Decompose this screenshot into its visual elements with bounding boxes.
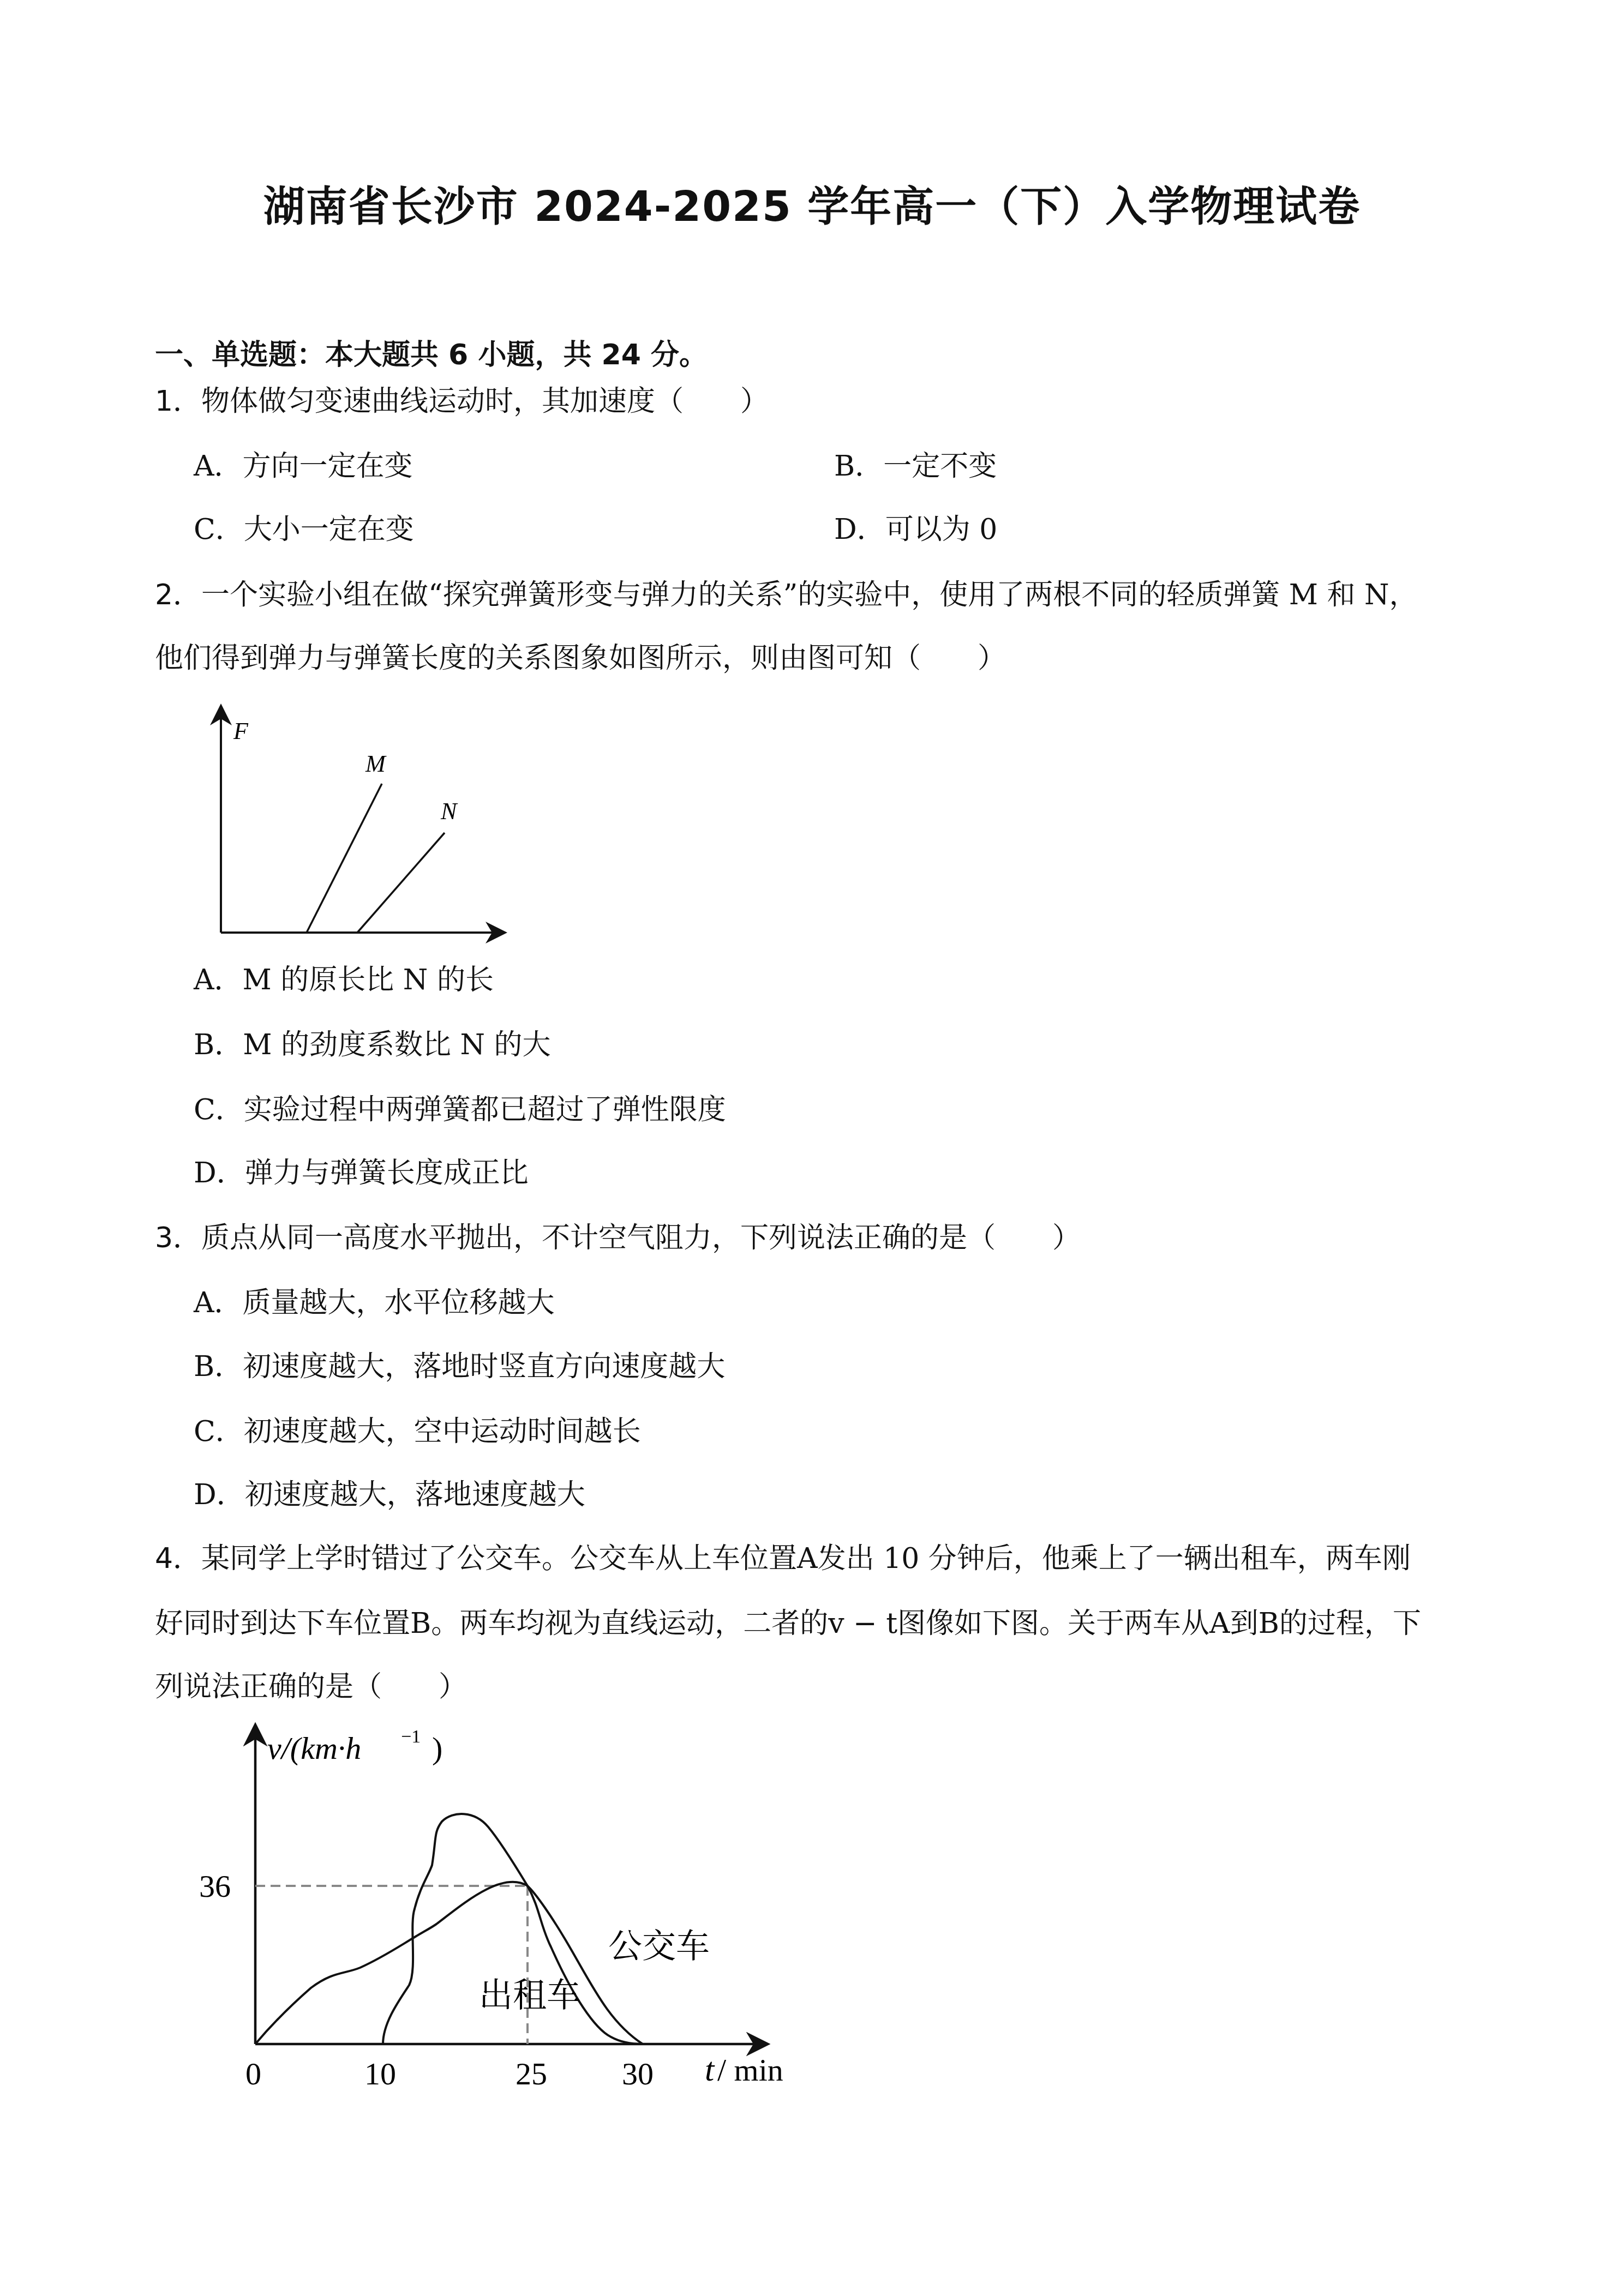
option-d[interactable]: D．弹力与弹簧长度成正比: [194, 1157, 529, 1189]
v-axis-label: v/(km·h: [267, 1730, 361, 1766]
question-number: 2．: [155, 579, 201, 611]
question-number: 3．: [155, 1222, 201, 1254]
line-m: [307, 784, 382, 933]
bus-curve: [255, 1882, 643, 2044]
option-label: D．: [194, 1157, 245, 1189]
option-a[interactable]: A．M 的原长比 N 的长: [194, 964, 494, 996]
spring-force-length-graph: F M N O l 1 l 2 l: [180, 698, 535, 943]
page-title: 湖南省长沙市 2024-2025 学年高一（下）入学物理试卷: [0, 173, 1624, 233]
x-tick-30: 30: [622, 2056, 654, 2091]
f-axis-label: F: [233, 718, 249, 744]
question-3: 3．质点从同一高度水平抛出，不计空气阻力，下列说法正确的是（ ）: [155, 1222, 1081, 1254]
question-2: 2．一个实验小组在做“探究弹簧形变与弹力的关系”的实验中，使用了两根不同的轻质弹…: [155, 579, 1418, 611]
taxi-label: 出租车: [479, 1978, 580, 2015]
option-b[interactable]: B．一定不变: [834, 450, 997, 483]
option-a[interactable]: A．质量越大，水平位移越大: [194, 1287, 555, 1319]
option-text: 大小一定在变: [244, 513, 414, 546]
option-text: M 的劲度系数比 N 的大: [243, 1029, 550, 1061]
option-text: 可以为 0: [885, 513, 998, 546]
option-b[interactable]: B．M 的劲度系数比 N 的大: [194, 1029, 551, 1061]
option-a[interactable]: A．方向一定在变: [194, 450, 413, 483]
v-axis-paren: ): [432, 1730, 442, 1766]
question-text: 一个实验小组在做“探究弹簧形变与弹力的关系”的实验中，使用了两根不同的轻质弹簧 …: [201, 579, 1418, 611]
x-tick-10: 10: [364, 2056, 396, 2091]
question-text: 物体做匀变速曲线运动时，其加速度（ ）: [201, 385, 769, 418]
option-text: 初速度越大，空中运动时间越长: [244, 1415, 641, 1448]
question-4-line-3: 列说法正确的是（ ）: [155, 1670, 467, 1703]
m-label: M: [365, 750, 387, 777]
option-text: 一定不变: [883, 450, 997, 483]
option-label: C．: [194, 1093, 244, 1126]
section-header: 一、单选题：本大题共 6 小题，共 24 分。: [155, 332, 708, 372]
question-number: 1．: [155, 385, 201, 418]
option-label: A．: [194, 1287, 243, 1319]
option-label: C．: [194, 1415, 244, 1448]
option-label: B．: [194, 1029, 243, 1061]
question-2-line-2: 他们得到弹力与弹簧长度的关系图象如图所示，则由图可知（ ）: [155, 642, 1006, 675]
x-tick-0: 0: [245, 2056, 261, 2091]
question-number: 4．: [155, 1542, 201, 1575]
option-text: M 的原长比 N 的长: [243, 964, 494, 996]
option-d[interactable]: D．可以为 0: [834, 513, 997, 546]
question-text: 质点从同一高度水平抛出，不计空气阻力，下列说法正确的是（ ）: [201, 1222, 1081, 1254]
option-text: 初速度越大，落地时竖直方向速度越大: [243, 1350, 725, 1383]
option-label: D．: [834, 513, 885, 546]
option-text: 实验过程中两弹簧都已超过了弹性限度: [244, 1093, 726, 1126]
velocity-time-graph: v/(km·h −1 ) 36 0 10 25 30 t / min 公交车 出…: [180, 1718, 835, 2116]
n-label: N: [440, 798, 458, 825]
option-c[interactable]: C．大小一定在变: [194, 513, 414, 546]
question-4-line-2: 好同时到达下车位置B。两车均视为直线运动，二者的v − t图像如下图。关于两车从…: [155, 1607, 1421, 1640]
line-n: [357, 833, 445, 933]
option-label: D．: [194, 1478, 245, 1511]
v-axis-superscript: −1: [401, 1727, 421, 1747]
option-text: 初速度越大，落地速度越大: [245, 1478, 585, 1511]
option-label: C．: [194, 513, 244, 546]
option-label: A．: [194, 964, 243, 996]
t-axis-unit: / min: [717, 2052, 783, 2088]
option-d[interactable]: D．初速度越大，落地速度越大: [194, 1478, 585, 1511]
option-c[interactable]: C．初速度越大，空中运动时间越长: [194, 1415, 641, 1448]
option-label: B．: [194, 1350, 243, 1383]
question-4: 4．某同学上学时错过了公交车。公交车从上车位置A发出 10 分钟后，他乘上了一辆…: [155, 1542, 1411, 1575]
option-label: A．: [194, 450, 243, 483]
option-c[interactable]: C．实验过程中两弹簧都已超过了弹性限度: [194, 1093, 726, 1126]
t-axis-label: t: [705, 2051, 715, 2088]
question-text: 某同学上学时错过了公交车。公交车从上车位置A发出 10 分钟后，他乘上了一辆出租…: [201, 1542, 1411, 1575]
x-tick-25: 25: [516, 2056, 547, 2091]
option-label: B．: [834, 450, 883, 483]
option-text: 质量越大，水平位移越大: [243, 1287, 555, 1319]
question-1: 1．物体做匀变速曲线运动时，其加速度（ ）: [155, 385, 769, 418]
origin-label: O: [198, 941, 215, 943]
y-tick-36: 36: [199, 1868, 231, 1904]
bus-label: 公交车: [608, 1928, 710, 1966]
option-b[interactable]: B．初速度越大，落地时竖直方向速度越大: [194, 1350, 725, 1383]
option-text: 方向一定在变: [243, 450, 413, 483]
option-text: 弹力与弹簧长度成正比: [245, 1157, 529, 1189]
